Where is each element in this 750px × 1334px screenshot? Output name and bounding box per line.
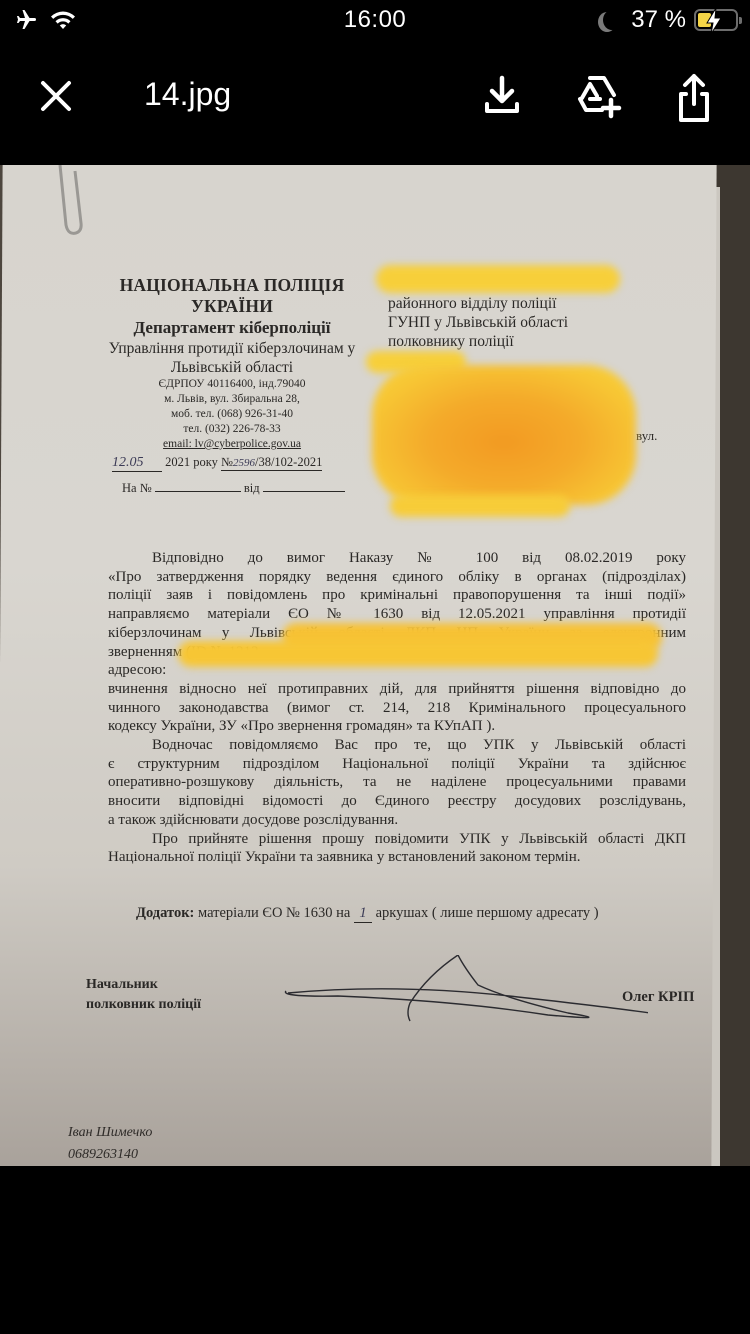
edrpou: ЄДРПОУ 40116400, інд.79040 xyxy=(92,377,372,392)
department-name: Департамент кіберполіції xyxy=(92,317,372,339)
viewer-bottom-area xyxy=(0,1166,750,1334)
unit-name-line2: Львівській області xyxy=(92,358,372,377)
letter-body: Відповідно до вимог Наказу № 100 від 08.… xyxy=(108,549,686,867)
registration-line: 12.05 2021 року №2596/38/102-2021 xyxy=(112,455,322,472)
recipient-line1: районного відділу поліції xyxy=(388,294,568,313)
file-name: 14.jpg xyxy=(144,76,231,113)
viewer-toolbar: 14.jpg xyxy=(0,44,750,164)
moon-icon xyxy=(603,10,621,30)
redaction-mark xyxy=(376,265,620,293)
org-name-line2: УКРАЇНИ xyxy=(92,296,372,317)
paragraph-3: Про прийняте рішення прошу повідомити УП… xyxy=(108,830,686,867)
unit-name-line1: Управління протидії кіберзлочинам у xyxy=(92,339,372,358)
redaction-mark xyxy=(390,495,570,517)
reg-number: №2596/38/102-2021 xyxy=(221,455,322,471)
letter-document: НАЦІОНАЛЬНА ПОЛІЦІЯ УКРАЇНИ Департамент … xyxy=(0,165,750,1166)
email: email: lv@cyberpolice.gov.ua xyxy=(92,437,372,452)
executor-name: Іван Шимечко xyxy=(68,1122,152,1144)
signature-scribble xyxy=(278,955,648,1025)
paragraph-2: Водночас повідомляємо Вас про те, що УПК… xyxy=(108,736,686,830)
signatory-name: Олег КРІП xyxy=(622,989,694,1006)
drive-add-icon xyxy=(574,72,622,120)
recipient-line3: полковнику поліції xyxy=(388,332,568,351)
paperclip-icon xyxy=(56,165,88,235)
status-right: 37 % xyxy=(597,6,738,34)
recipient-street-word: вул. xyxy=(636,428,657,444)
attachment-line: Додаток: матеріали ЄО № 1630 на 1 аркуша… xyxy=(136,905,599,923)
executor-info: Іван Шимечко 0689263140 xyxy=(68,1122,152,1166)
share-button[interactable] xyxy=(670,72,718,120)
sender-address: м. Львів, вул. Збиральна 28, xyxy=(92,392,372,407)
status-bar: 16:00 37 % xyxy=(0,0,750,44)
download-button[interactable] xyxy=(478,72,526,120)
image-viewer[interactable]: НАЦІОНАЛЬНА ПОЛІЦІЯ УКРАЇНИ Департамент … xyxy=(0,165,750,1166)
recipient-line2: ГУНП у Львівській області xyxy=(388,313,568,332)
download-icon xyxy=(478,72,526,120)
sheets-count: 1 xyxy=(354,905,372,923)
sender-header: НАЦІОНАЛЬНА ПОЛІЦІЯ УКРАЇНИ Департамент … xyxy=(92,275,372,452)
share-icon xyxy=(670,72,718,126)
handwritten-date: 12.05 xyxy=(112,455,162,472)
year-text: 2021 року xyxy=(165,455,218,469)
attachment-label: Додаток: xyxy=(136,905,194,921)
executor-phone: 0689263140 xyxy=(68,1144,152,1166)
close-button[interactable] xyxy=(38,78,74,114)
add-to-drive-button[interactable] xyxy=(574,72,622,120)
recipient-header: районного відділу поліції ГУНП у Львівсь… xyxy=(388,294,568,351)
close-icon xyxy=(38,78,74,114)
reference-line: На № від xyxy=(122,481,345,496)
phone: тел. (032) 226-78-33 xyxy=(92,422,372,437)
org-name-line1: НАЦІОНАЛЬНА ПОЛІЦІЯ xyxy=(92,275,372,296)
redaction-mark xyxy=(178,641,658,667)
redaction-mark xyxy=(372,365,636,505)
battery-charging-icon xyxy=(694,9,738,31)
mobile-phone: моб. тел. (068) 926-31-40 xyxy=(92,407,372,422)
battery-percent: 37 % xyxy=(631,6,686,34)
signatory-title: Начальник полковник поліції xyxy=(86,975,201,1015)
